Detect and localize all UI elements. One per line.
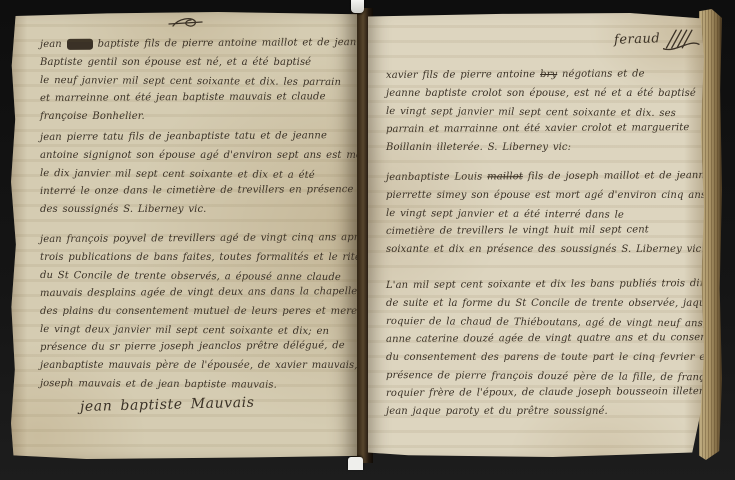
marriage-record-poyvel: jean françois poyvel de trevillers agé d… (40, 231, 351, 393)
page-header: feraud (614, 25, 700, 53)
burial-record-tatu: jean pierre tatu fils de jeanbaptiste ta… (40, 129, 351, 219)
text-segment: roquier de la chaud de Thiéboutans, agé … (386, 316, 704, 330)
text-segment: Baptiste gentil son épouse est né, et a … (40, 57, 311, 68)
text-segment: mauvais desplains agée de vingt deux ans… (40, 286, 357, 299)
text-segment: des plains du consentement mutuel de leu… (40, 306, 357, 317)
manuscript-line: jeanbaptiste Louis maillot fils de josep… (386, 167, 700, 187)
text-segment: le vingt sept janvier et a été interré d… (386, 208, 624, 221)
right-page: feraud xavier fils de pierre antoine bry… (368, 13, 704, 457)
text-segment: jean jaque paroty et du prêtre soussigné… (386, 406, 608, 417)
marriage-record-roquier: L'an mil sept cent soixante et dix les b… (386, 277, 700, 421)
text-segment: L'an mil sept cent soixante et dix les b… (386, 278, 704, 291)
text-segment: du consentement des parens de toute part… (386, 352, 704, 363)
baptism-record-xavier: xavier fils de pierre antoine bry négoti… (386, 67, 700, 157)
manuscript-line: mauvais desplains agée de vingt deux ans… (40, 283, 351, 303)
text-segment: baptiste fils de pierre antoine maillot … (93, 37, 357, 50)
text-segment: le vingt sept janvier mil sept cent soix… (386, 106, 676, 119)
left-page: jean —— baptiste fils de pierre antoine … (10, 12, 357, 459)
manuscript-line: anne caterine douzé agée de vingt quatre… (386, 329, 700, 349)
manuscript-line: trois publications de bans faites, toute… (40, 249, 351, 267)
manuscript-line: parrain et marrainne ont été xavier crol… (386, 119, 700, 139)
manuscript-line: présence du sr pierre joseph jeanclos pr… (40, 337, 351, 357)
text-segment: fils de joseph maillot et de jeanne (523, 170, 704, 182)
signature-jean-baptiste-mauvais: jean baptiste Mauvais (80, 392, 351, 415)
text-segment: françoise Bonhelier. (40, 111, 145, 122)
text-segment: le neuf janvier mil sept cent soixante e… (40, 75, 341, 88)
manuscript-line: françoise Bonhelier. (40, 108, 351, 126)
text-segment: jeanbaptiste mauvais père de l'épousée, … (40, 360, 357, 371)
text-segment: de suite et la forme du St Concile de tr… (386, 298, 704, 309)
manuscript-line: roquier frère de l'époux, de claude jose… (386, 383, 700, 403)
text-segment: des soussignés S. Liberney vic. (40, 204, 206, 215)
manuscript-line: du consentement des parens de toute part… (386, 349, 700, 367)
manuscript-line: jean jaque paroty et du prêtre soussigné… (386, 403, 700, 421)
manuscript-line: xavier fils de pierre antoine bry négoti… (386, 65, 700, 85)
text-segment: jean (40, 39, 67, 50)
signature-flourish-icon (663, 25, 700, 53)
baptism-record-maillot: jean —— baptiste fils de pierre antoine … (40, 36, 351, 126)
manuscript-line: des plains du consentement mutuel de leu… (40, 303, 351, 321)
manuscript-line: Baptiste gentil son épouse est né, et a … (40, 54, 351, 72)
manuscript-line: soixante et dix en présence des soussign… (386, 241, 700, 259)
manuscript-line: pierrette simey son épouse est mort agé … (386, 187, 700, 205)
text-segment: Boillanin illeterée. S. Liberney vic: (386, 142, 571, 153)
manuscript-line: jean françois poyvel de trevillers agé d… (40, 229, 351, 249)
manuscript-line: interré le onze dans le cimetière de tre… (40, 181, 351, 201)
text-segment: négotians et de (557, 68, 645, 80)
ink-blot: —— (67, 39, 93, 50)
burial-record-louis: jeanbaptiste Louis maillot fils de josep… (386, 169, 700, 259)
text-segment: roquier frère de l'époux, de claude jose… (386, 386, 704, 399)
text-segment: joseph mauvais et de jean baptiste mauva… (40, 378, 277, 391)
struck-word: maillot (487, 171, 523, 182)
text-segment: cimetière de trevillers le vingt huit mi… (386, 224, 649, 237)
text-segment: interré le onze dans le cimetière de tre… (40, 184, 354, 197)
page-header-name: feraud (614, 31, 661, 48)
manuscript-line: jeanne baptiste crolot son épouse, est n… (386, 85, 700, 103)
text-segment: le vingt deux janvier mil sept cent soix… (40, 324, 329, 337)
text-segment: antoine signignot son épouse agé d'envir… (40, 150, 357, 161)
right-page-text: feraud xavier fils de pierre antoine bry… (368, 13, 704, 457)
left-page-text: jean —— baptiste fils de pierre antoine … (10, 12, 357, 459)
text-segment: du St Concile de trente observés, a épou… (40, 270, 341, 283)
manuscript-line: antoine signignot son épouse agé d'envir… (40, 147, 351, 165)
manuscript-line: jean —— baptiste fils de pierre antoine … (40, 34, 351, 54)
struck-word: bry (540, 69, 557, 80)
book-scan: jean —— baptiste fils de pierre antoine … (0, 0, 735, 480)
manuscript-line: jeanbaptiste mauvais père de l'épousée, … (40, 357, 351, 375)
text-segment: soixante et dix en présence des soussign… (386, 244, 704, 255)
text-segment: parrain et marrainne ont été xavier crol… (386, 122, 689, 135)
text-segment: présence du sr pierre joseph jeanclos pr… (40, 340, 345, 353)
text-segment: le dix janvier mil sept cent soixante et… (40, 168, 315, 181)
manuscript-line: cimetière de trevillers le vingt huit mi… (386, 221, 700, 241)
text-segment: anne caterine douzé agée de vingt quatre… (386, 332, 704, 345)
text-segment: trois publications de bans faites, toute… (40, 252, 357, 263)
manuscript-line: de suite et la forme du St Concile de tr… (386, 295, 700, 313)
text-segment: jean pierre tatu fils de jeanbaptiste ta… (40, 130, 327, 143)
manuscript-line: Boillanin illeterée. S. Liberney vic: (386, 139, 700, 157)
manuscript-line: des soussignés S. Liberney vic. (40, 201, 351, 219)
manuscript-line: L'an mil sept cent soixante et dix les b… (386, 275, 700, 295)
manuscript-line: et marreinne ont été jean baptiste mauva… (40, 88, 351, 108)
scanner-clip-top (351, 0, 364, 13)
text-segment: et marreinne ont été jean baptiste mauva… (40, 91, 326, 104)
text-segment: jean françois poyvel de trevillers agé d… (40, 232, 357, 245)
scanner-clip-bottom (348, 457, 363, 470)
text-segment: présence de pierre françois douzé père d… (386, 370, 704, 384)
text-segment: xavier fils de pierre antoine (386, 69, 540, 81)
text-segment: jeanbaptiste Louis (386, 171, 487, 183)
manuscript-line: joseph mauvais et de jean baptiste mauva… (40, 375, 351, 395)
text-segment: pierrette simey son épouse est mort agé … (386, 190, 704, 201)
manuscript-line: jean pierre tatu fils de jeanbaptiste ta… (40, 127, 351, 147)
text-segment: jeanne baptiste crolot son épouse, est n… (386, 88, 696, 99)
